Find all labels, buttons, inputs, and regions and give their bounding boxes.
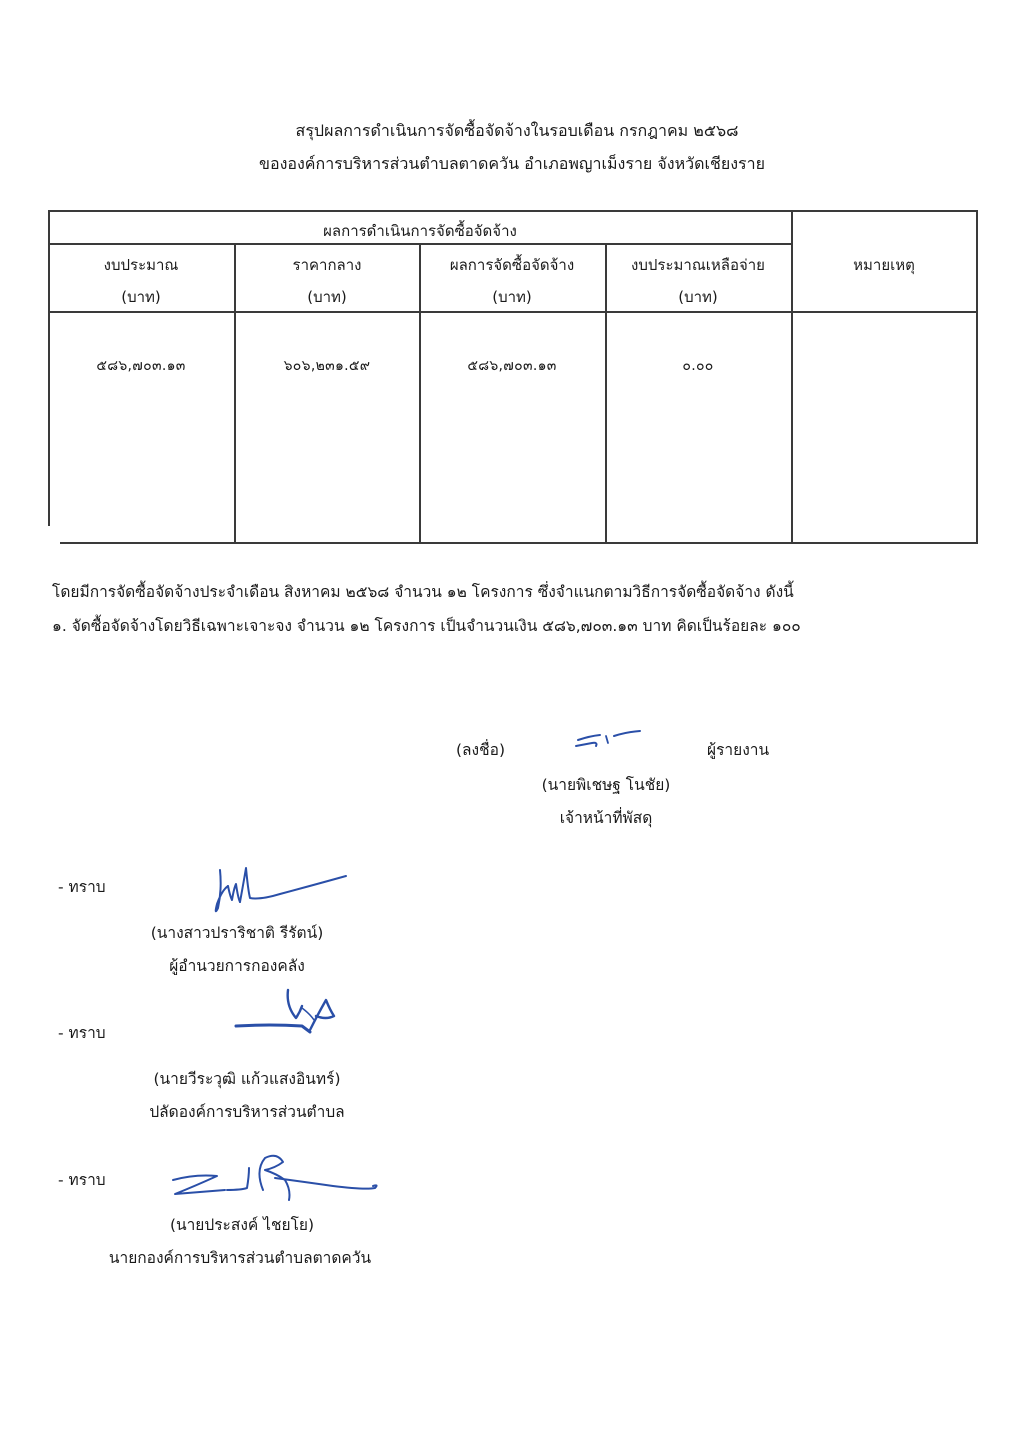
acknowledge-name: (นายวีระวุฒิ แก้วแสงอินทร์) [122, 1068, 372, 1090]
acknowledge-position: นายกองค์การบริหารส่วนตำบลตาดควัน [90, 1247, 390, 1269]
acknowledge-label: - ทราบ [58, 1169, 106, 1191]
cell-budget: ๕๘๖,๗๐๓.๑๓ [48, 356, 234, 376]
reporter-role: ผู้รายงาน [707, 739, 769, 761]
col-header-budget: งบประมาณ [48, 255, 234, 275]
table-border-top [48, 210, 978, 212]
col-header-median-price: ราคากลาง [234, 255, 420, 275]
acknowledge-name: (นางสาวปราริชาติ รีรัตน์) [122, 922, 352, 944]
col-header-procurement-result: ผลการจัดซื้อจัดจ้าง [419, 255, 605, 275]
col-unit-remaining-budget: (บาท) [605, 287, 791, 307]
document-subtitle: ขององค์การบริหารส่วนตำบลตาดควัน อำเภอพญา… [0, 153, 1024, 175]
table-border-bottom [60, 542, 978, 544]
col-header-remarks: หมายเหตุ [791, 255, 977, 275]
acknowledge-position: ปลัดองค์การบริหารส่วนตำบล [122, 1101, 372, 1123]
sign-label: (ลงชื่อ) [456, 739, 505, 761]
col-header-remaining-budget: งบประมาณเหลือจ่าย [605, 255, 791, 275]
finance-director-signature [200, 860, 360, 920]
acknowledge-label: - ทราบ [58, 1022, 106, 1044]
col-unit-procurement-result: (บาท) [419, 287, 605, 307]
acknowledge-name: (นายประสงค์ ไชยโย) [132, 1214, 352, 1236]
cell-median-price: ๖๐๖,๒๓๑.๕๙ [234, 356, 420, 376]
mayor-signature [165, 1150, 385, 1206]
cell-procurement-result: ๕๘๖,๗๐๓.๑๓ [419, 356, 605, 376]
acknowledge-label: - ทราบ [58, 876, 106, 898]
chief-administrator-signature [230, 986, 340, 1036]
col-unit-median-price: (บาท) [234, 287, 420, 307]
summary-line-1: โดยมีการจัดซื้อจัดจ้างประจำเดือน สิงหาคม… [52, 581, 794, 603]
cell-remaining-budget: ๐.๐๐ [605, 356, 791, 376]
table-divider [48, 311, 978, 313]
document-title: สรุปผลการดำเนินการจัดซื้อจัดจ้างในรอบเดื… [5, 120, 1024, 142]
group-header: ผลการดำเนินการจัดซื้อจัดจ้าง [234, 221, 606, 241]
acknowledge-position: ผู้อำนวยการกองคลัง [122, 955, 352, 977]
reporter-position: เจ้าหน้าที่พัสดุ [496, 807, 716, 829]
summary-line-2: ๑. จัดซื้อจัดจ้างโดยวิธีเฉพาะเจาะจง จำนว… [52, 615, 801, 637]
reporter-signature [570, 726, 650, 750]
col-unit-budget: (บาท) [48, 287, 234, 307]
reporter-name: (นายพิเชษฐ โนชัย) [496, 774, 716, 796]
